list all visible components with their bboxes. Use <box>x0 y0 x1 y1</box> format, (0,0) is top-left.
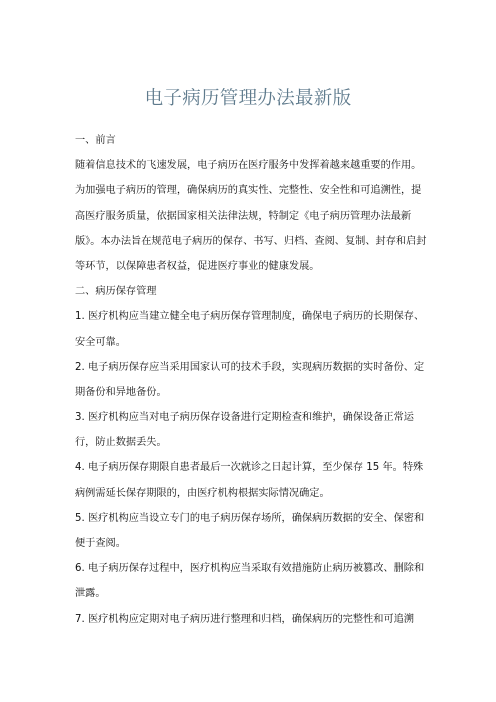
document-title: 电子病历管理办法最新版 <box>0 86 496 112</box>
paragraph-line: 随着信息技术的飞速发展，电子病历在医疗服务中发挥着越来越重要的作用。 <box>75 153 427 178</box>
list-item-1: 1. 医疗机构应当建立健全电子病历保存管理制度，确保电子病历的长期保存、 <box>75 304 427 329</box>
list-item-4: 4. 电子病历保存期限自患者最后一次就诊之日起计算，至少保存 15 年。特殊 <box>75 455 427 480</box>
list-item-4-cont: 病例需延长保存期限的，由医疗机构根据实际情况确定。 <box>75 481 427 506</box>
paragraph-line: 版》。本办法旨在规范电子病历的保存、书写、归档、查阅、复制、封存和启封 <box>75 229 427 254</box>
document-page: 电子病历管理办法最新版 一、前言 随着信息技术的飞速发展，电子病历在医疗服务中发… <box>0 0 496 702</box>
paragraph-line: 等环节，以保障患者权益，促进医疗事业的健康发展。 <box>75 254 427 279</box>
paragraph-line: 为加强电子病历的管理，确保病历的真实性、完整性、安全性和可追溯性，提 <box>75 178 427 203</box>
list-item-5-cont: 便于查阅。 <box>75 531 427 556</box>
list-item-7: 7. 医疗机构应定期对电子病历进行整理和归档，确保病历的完整性和可追溯 <box>75 607 427 632</box>
list-item-2: 2. 电子病历保存应当采用国家认可的技术手段，实现病历数据的实时备份、定 <box>75 355 427 380</box>
section-heading-storage: 二、病历保存管理 <box>75 279 427 304</box>
list-item-1-cont: 安全可靠。 <box>75 330 427 355</box>
document-body: 一、前言 随着信息技术的飞速发展，电子病历在医疗服务中发挥着越来越重要的作用。 … <box>75 128 427 632</box>
list-item-2-cont: 期备份和异地备份。 <box>75 380 427 405</box>
list-item-6: 6. 电子病历保存过程中，医疗机构应当采取有效措施防止病历被篡改、删除和 <box>75 556 427 581</box>
list-item-3: 3. 医疗机构应当对电子病历保存设备进行定期检查和维护，确保设备正常运 <box>75 405 427 430</box>
section-heading-preface: 一、前言 <box>75 128 427 153</box>
list-item-3-cont: 行，防止数据丢失。 <box>75 430 427 455</box>
paragraph-line: 高医疗服务质量，依据国家相关法律法规，特制定《电子病历管理办法最新 <box>75 204 427 229</box>
list-item-6-cont: 泄露。 <box>75 581 427 606</box>
list-item-5: 5. 医疗机构应当设立专门的电子病历保存场所，确保病历数据的安全、保密和 <box>75 506 427 531</box>
